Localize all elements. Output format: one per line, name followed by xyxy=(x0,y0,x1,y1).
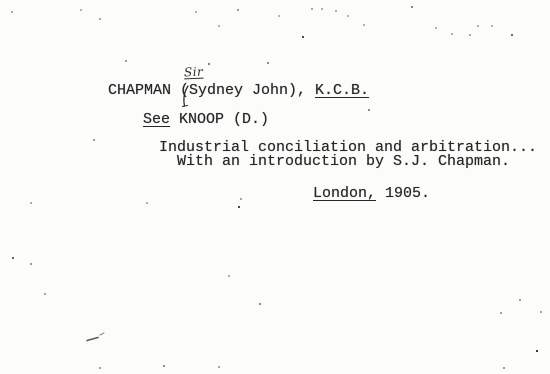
see-target: KNOOP (D.) xyxy=(170,111,269,128)
see-label: See xyxy=(143,111,170,128)
imprint-place: London, xyxy=(313,185,376,202)
handwritten-insertion-sir: Sir xyxy=(184,66,204,80)
heading-postnominal: K.C.B. xyxy=(315,82,369,99)
catalog-card-scan: Sir CHAPMAN (Sydney John), K.C.B. See KN… xyxy=(0,0,550,374)
heading-name: CHAPMAN (Sydney John), xyxy=(108,82,315,99)
imprint-line: London, 1905. xyxy=(313,186,430,201)
imprint-year: 1905. xyxy=(376,185,430,202)
heading-line: CHAPMAN (Sydney John), K.C.B. xyxy=(108,83,369,98)
title-line-2: With an introduction by S.J. Chapman. xyxy=(177,154,510,169)
scan-noise-specks xyxy=(0,0,2,2)
see-reference-line: See KNOOP (D.) xyxy=(143,112,269,127)
pencil-mark xyxy=(85,330,109,344)
